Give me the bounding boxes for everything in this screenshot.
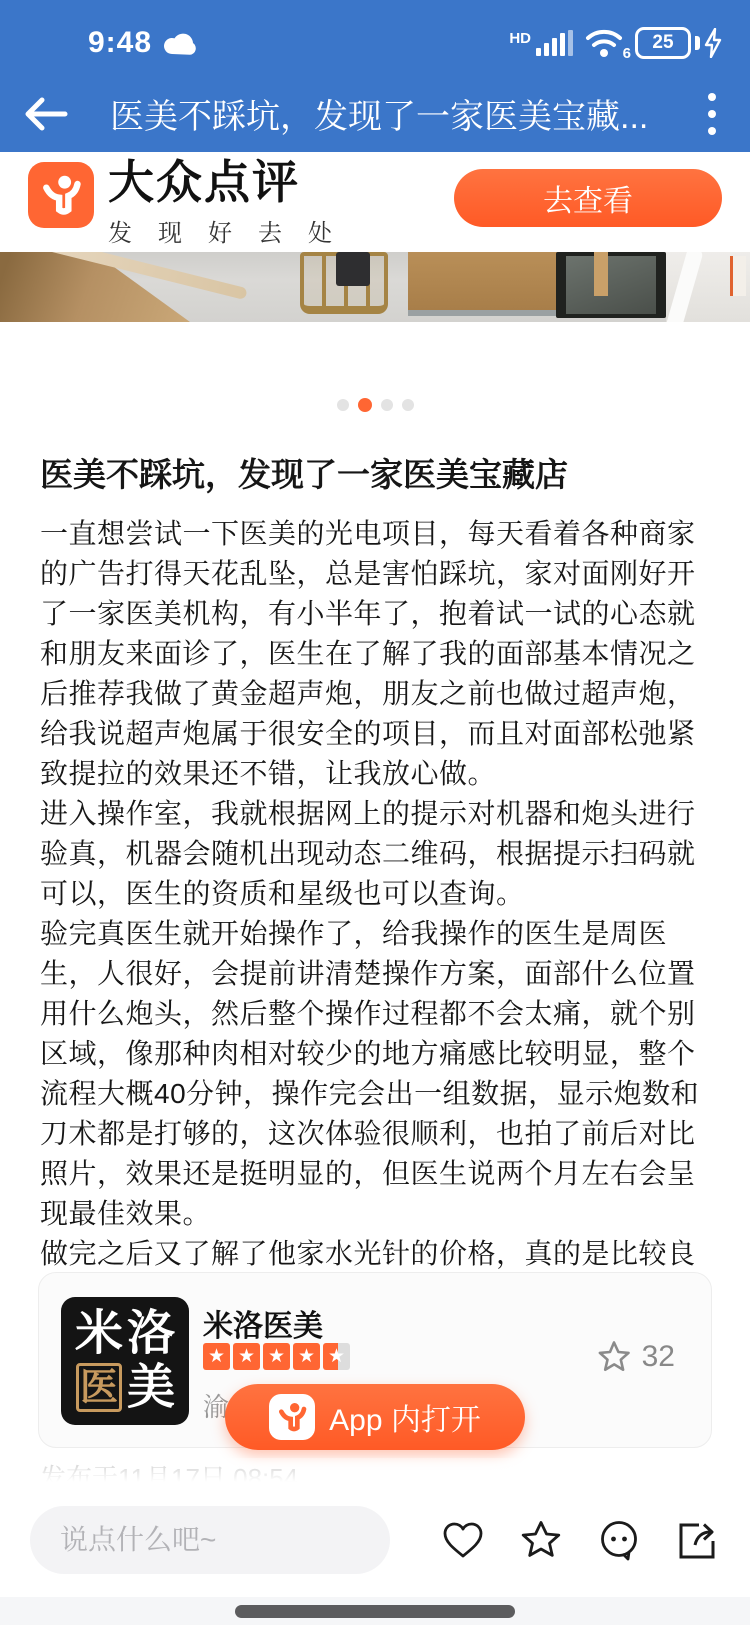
app-promo-banner: 大众点评 发现好去处 去查看 xyxy=(0,152,750,252)
favorite-star-icon[interactable] xyxy=(596,1339,632,1375)
comment-input[interactable] xyxy=(30,1506,390,1574)
rating-star-icon: ★ xyxy=(293,1343,320,1370)
nav-bar: 医美不踩坑，发现了一家医美宝藏... xyxy=(0,75,750,152)
clock: 9:48 xyxy=(88,26,152,60)
carousel-dots[interactable] xyxy=(0,398,750,412)
rating-star-icon: ★ xyxy=(323,1343,350,1370)
weather-cloud-icon xyxy=(162,30,196,56)
shop-logo: 米洛 医美 xyxy=(61,1297,189,1425)
hero-photo[interactable] xyxy=(0,252,750,322)
photo-poster xyxy=(730,256,746,296)
brand-slogan: 发现好去处 xyxy=(108,213,358,248)
fade-overlay xyxy=(0,1458,750,1486)
comment-bubble-icon[interactable] xyxy=(596,1517,642,1563)
photo-bag xyxy=(336,252,370,286)
status-bar: 9:48 HD 6 25 xyxy=(0,0,750,75)
article-paragraph: 一直想尝试一下医美的光电项目，每天看着各种商家的广告打得天花乱坠，总是害怕踩坑，… xyxy=(40,514,716,794)
battery-icon: 25 xyxy=(635,27,722,59)
article-paragraph: 进入操作室，我就根据网上的提示对机器和炮头进行验真，机器会随机出现动态二维码，根… xyxy=(40,794,716,914)
rating-star-icon: ★ xyxy=(263,1343,290,1370)
shop-rating-stars: ★★★★★ xyxy=(203,1343,350,1370)
share-icon[interactable] xyxy=(674,1517,720,1563)
share-page: 9:48 HD 6 25 xyxy=(0,0,750,1625)
like-heart-icon[interactable] xyxy=(440,1517,486,1563)
rating-star-icon: ★ xyxy=(203,1343,230,1370)
charging-bolt-icon xyxy=(704,28,722,58)
brand-name: 大众点评 xyxy=(108,157,358,207)
wifi-icon: 6 xyxy=(585,28,623,58)
go-view-button[interactable]: 去查看 xyxy=(454,169,722,227)
article-paragraph: 验完真医生就开始操作了，给我操作的医生是周医生，人很好，会提前讲清楚操作方案，面… xyxy=(40,914,716,1234)
gesture-bar-area xyxy=(0,1597,750,1625)
favorite-count: 32 xyxy=(642,1340,675,1374)
page-title: 医美不踩坑，发现了一家医美宝藏... xyxy=(110,89,670,138)
carousel-dot[interactable] xyxy=(358,398,372,412)
dianping-app-icon xyxy=(269,1394,315,1440)
shop-name: 米洛医美 xyxy=(203,1301,323,1345)
carousel-dot[interactable] xyxy=(381,399,393,411)
article-title: 医美不踩坑，发现了一家医美宝藏店 xyxy=(40,452,716,498)
collect-star-icon[interactable] xyxy=(518,1517,564,1563)
dianping-logo-icon xyxy=(28,162,94,228)
cellular-signal-icon: HD xyxy=(509,30,573,56)
back-icon[interactable] xyxy=(24,96,68,132)
comment-bar xyxy=(0,1483,750,1597)
photo-counter xyxy=(408,252,558,310)
open-in-app-button[interactable]: App 内打开 xyxy=(225,1384,525,1450)
carousel-dot[interactable] xyxy=(337,399,349,411)
home-indicator[interactable] xyxy=(235,1605,515,1618)
more-menu-icon[interactable] xyxy=(698,87,726,141)
carousel-dot[interactable] xyxy=(402,399,414,411)
rating-star-icon: ★ xyxy=(233,1343,260,1370)
article: 医美不踩坑，发现了一家医美宝藏店 一直想尝试一下医美的光电项目，每天看着各种商家… xyxy=(40,452,716,1354)
